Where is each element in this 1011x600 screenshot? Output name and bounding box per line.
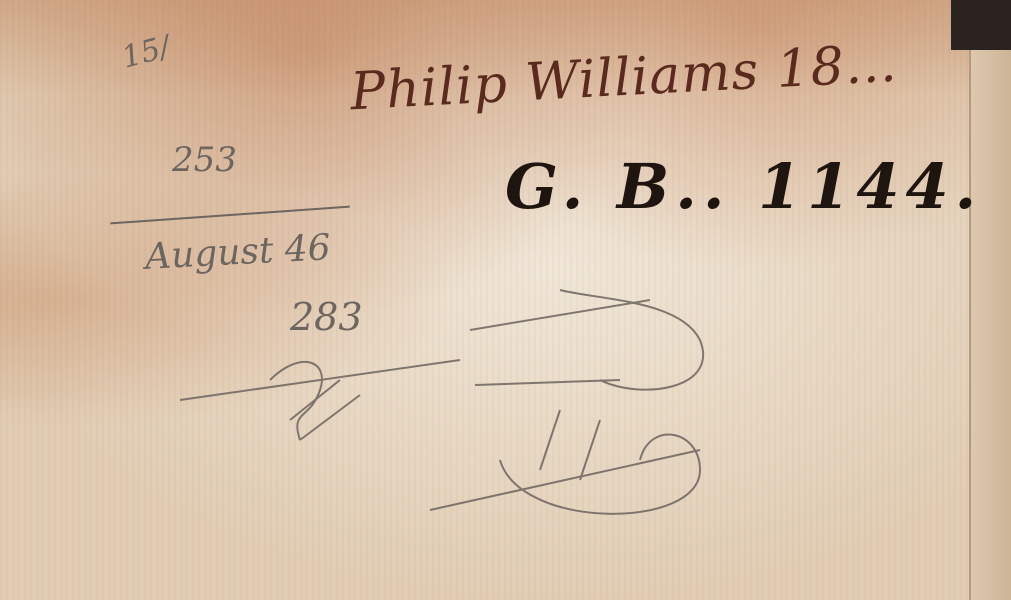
- paper-background: 15/ Philip Williams 18… G. B.. 1144. 253…: [0, 0, 1011, 600]
- pencil-strikethrough-scribble: [0, 0, 1011, 600]
